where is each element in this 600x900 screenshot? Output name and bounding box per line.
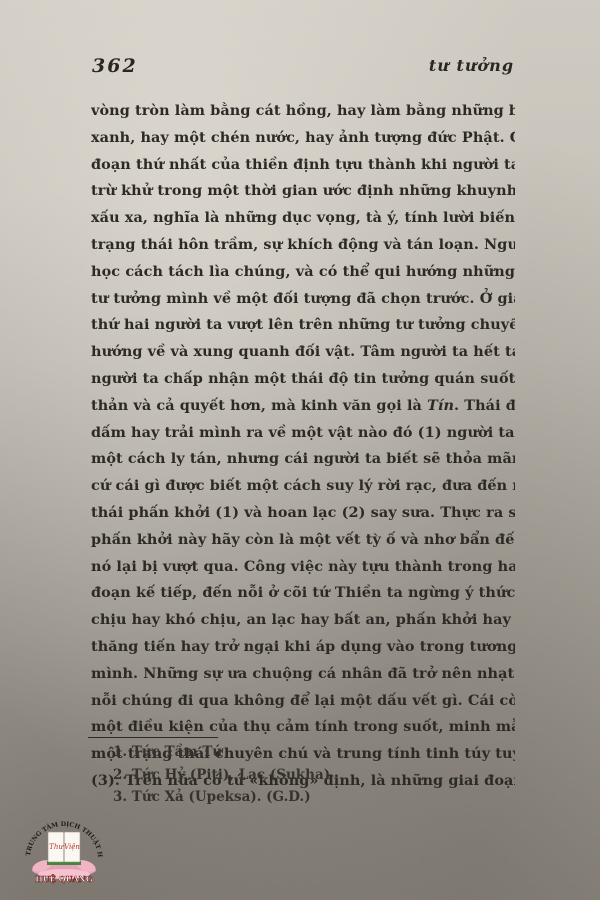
watermark-logo: TRUNG TÂM DỊCH THUẬT HÁN NÔM Thư Viện HU…	[14, 812, 114, 892]
body-text: vòng tròn làm bằng cát hồng, hay làm bằn…	[91, 98, 515, 795]
text-line: thái phấn khởi (1) và hoan lạc (2) say s…	[91, 500, 515, 527]
text-line: xanh, hay một chén nước, hay ảnh tượng đ…	[91, 125, 515, 152]
text-line: xấu xa, nghĩa là những dục vọng, tà ý, t…	[91, 205, 515, 232]
text-line: đoạn kế tiếp, đến nỗi ở cõi tứ Thiền ta …	[91, 580, 515, 607]
text-line: người ta chấp nhận một thái độ tin tưởng…	[91, 366, 515, 393]
watermark-label: HUỆ QUANG	[35, 874, 93, 884]
footnote-2: 2. Tức Hỷ (Piti), Lạc (Sukha)	[113, 764, 413, 787]
text-line: một cách ly tán, nhưng cái người ta biết…	[91, 446, 515, 473]
footnotes: 1. Tức Tầm Tứ 2. Tức Hỷ (Piti), Lạc (Suk…	[113, 741, 413, 809]
text-segment: một điều kiện của thụ cảm tính trong suố…	[91, 718, 515, 735]
footnote-divider	[88, 737, 218, 738]
running-title: tư tưởng	[429, 56, 514, 75]
text-line: nỗi chúng đi qua không để lại một dấu vế…	[91, 688, 515, 715]
footnote-1: 1. Tức Tầm Tứ	[113, 741, 413, 764]
logo-book-right: Viện	[64, 843, 80, 851]
text-line: phấn khởi này hãy còn là một vết tỳ ố và…	[91, 527, 515, 554]
lotus-book-logo-icon: TRUNG TÂM DỊCH THUẬT HÁN NÔM Thư Viện HU…	[14, 812, 114, 892]
text-line: chịu hay khó chịu, an lạc hay bất an, ph…	[91, 607, 515, 634]
text-line: tư tưởng mình về một đối tượng đã chọn t…	[91, 286, 515, 313]
text-line: thứ hai người ta vượt lên trên những tư …	[91, 312, 515, 339]
text-line: thăng tiến hay trở ngại khi áp dụng vào …	[91, 634, 515, 661]
text-line: trừ khử trong một thời gian ước định nhữ…	[91, 178, 515, 205]
text-line-with-italic: thản và cả quyết hơn, mà kinh văn gọi là…	[91, 393, 515, 420]
page-number: 362	[92, 55, 138, 77]
text-segment: thản và cả quyết hơn, mà kinh văn gọi là	[91, 397, 422, 414]
text-line: học cách tách lìa chúng, và có thể qui h…	[91, 259, 515, 286]
book-page: 362 tư tưởng vòng tròn làm bằng cát hồng…	[0, 0, 600, 900]
footnote-3: 3. Tức Xả (Upeksa). (G.D.)	[113, 786, 413, 809]
text-line: hướng về và xung quanh đối vật. Tâm ngườ…	[91, 339, 515, 366]
text-segment: . Thái độ dò	[454, 397, 515, 414]
text-line: dấm hay trải mình ra về một vật nào đó (…	[91, 420, 515, 447]
text-line: trạng thái hôn trầm, sự khích động và tá…	[91, 232, 515, 259]
text-line: cứ cái gì được biết một cách suy lý rời …	[91, 473, 515, 500]
text-line: nó lại bị vượt qua. Công việc này tựu th…	[91, 554, 515, 581]
text-line: đoạn thứ nhất của thiền định tựu thành k…	[91, 152, 515, 179]
logo-book-left: Thư	[49, 843, 64, 851]
page-header: 362 tư tưởng	[92, 55, 514, 85]
italic-term-tin: Tín	[427, 397, 454, 414]
text-line: vòng tròn làm bằng cát hồng, hay làm bằn…	[91, 98, 515, 125]
text-line: mình. Những sự ưa chuộng cá nhân đã trở …	[91, 661, 515, 688]
